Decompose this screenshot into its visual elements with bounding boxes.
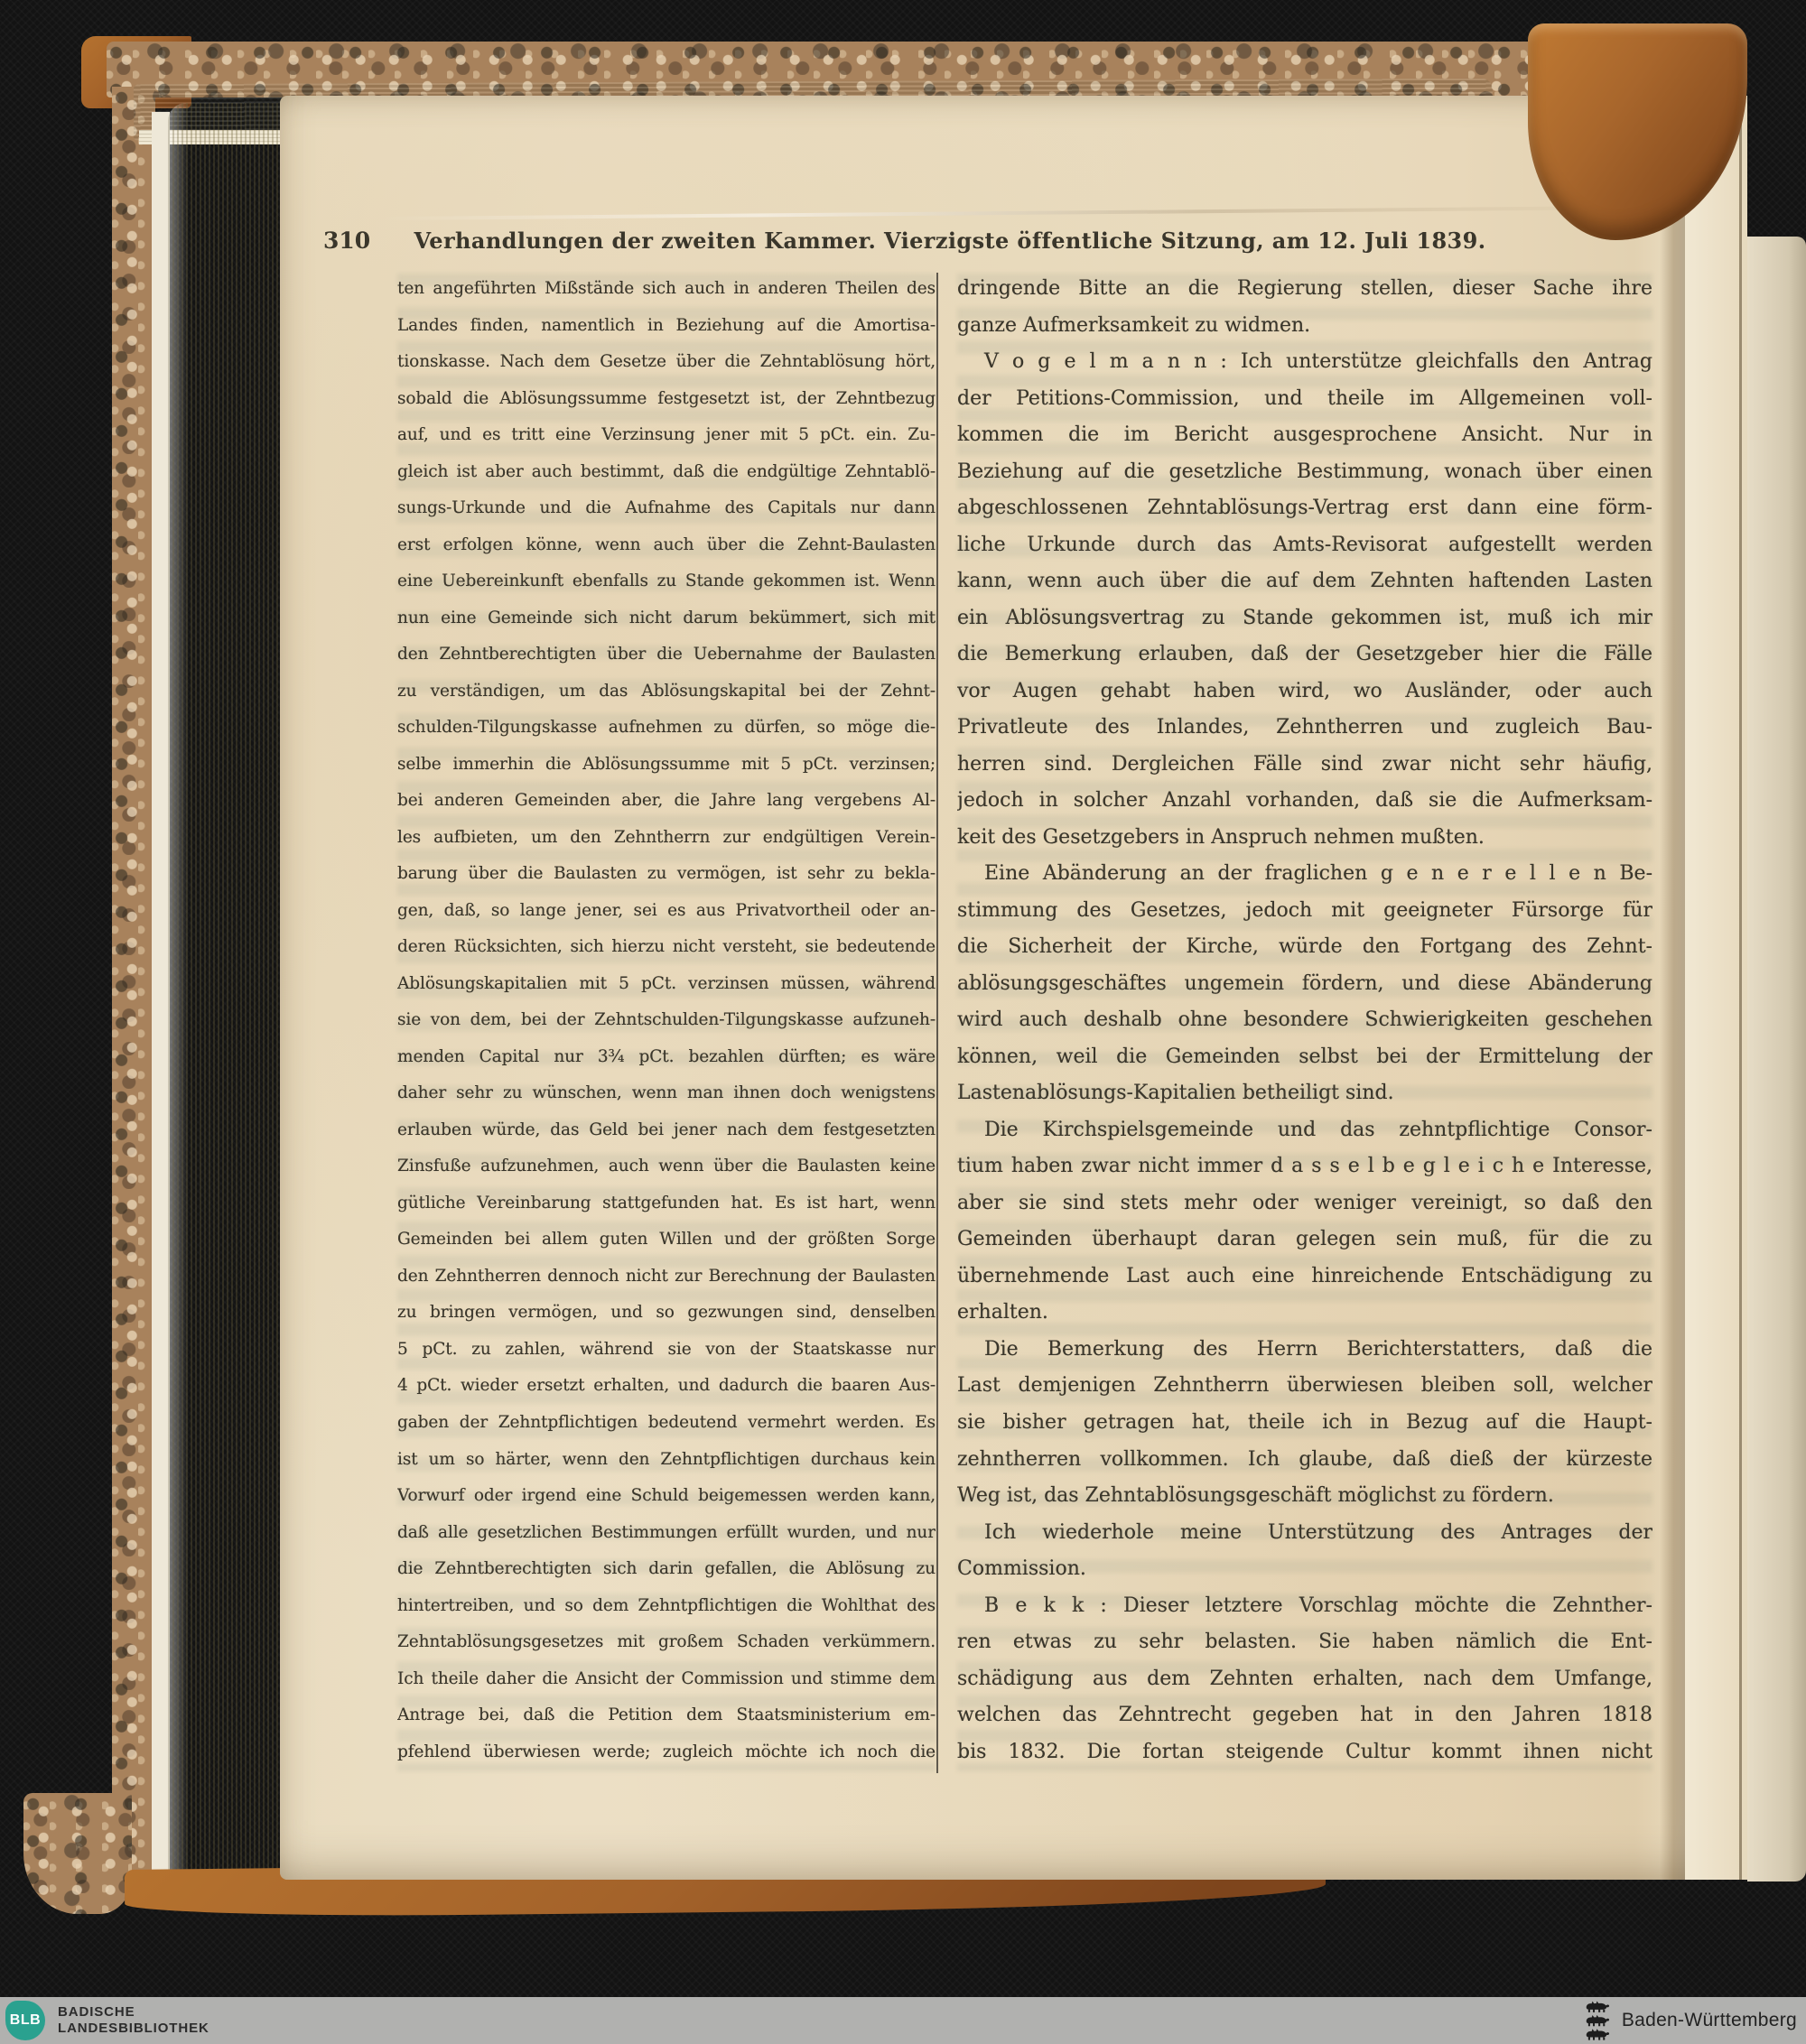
text-line: eine Uebereinkunft ebenfalls zu Stande g…: [397, 563, 936, 600]
text-line: Eine Abänderung an der fraglichen g e n …: [957, 856, 1652, 893]
text-line: erhalten.: [957, 1295, 1652, 1332]
text-line: Ich wiederhole meine Unterstützung des A…: [957, 1515, 1652, 1552]
text-line: Die Bemerkung des Herrn Berichterstatter…: [957, 1332, 1652, 1369]
blb-logo-text: BLB: [10, 2012, 41, 2029]
text-line: den Zehntberechtigten über die Uebernahm…: [397, 636, 936, 674]
book-endpaper-edge: [152, 112, 170, 1887]
text-line: Ich theile daher die Ansicht der Commiss…: [397, 1661, 936, 1698]
running-header: Verhandlungen der zweiten Kammer. Vierzi…: [404, 228, 1496, 254]
text-line: sie bisher getragen hat, theile ich in B…: [957, 1405, 1652, 1442]
library-name-line1: BADISCHE: [58, 2004, 209, 2021]
text-line: liche Urkunde durch das Amts-Revisorat a…: [957, 527, 1652, 564]
page-header: 310 Verhandlungen der zweiten Kammer. Vi…: [280, 228, 1747, 265]
text-line: die Zehntberechtigten sich darin gefalle…: [397, 1551, 936, 1588]
text-line: der Petitions-Commission, und theile im …: [957, 381, 1652, 418]
text-line: hintertreiben, und so dem Zehntpflichtig…: [397, 1588, 936, 1625]
text-line: Weg ist, das Zehntablösungsgeschäft mögl…: [957, 1478, 1652, 1515]
text-line: selbe immerhin die Ablösungssumme mit 5 …: [397, 747, 936, 784]
text-line: Antrage bei, daß die Petition dem Staats…: [397, 1697, 936, 1734]
text-line: kommen die im Bericht ausgesprochene Ans…: [957, 417, 1652, 454]
text-line: ein Ablösungsvertrag zu Stande gekommen …: [957, 600, 1652, 637]
text-line: Gemeinden überhaupt daran gelegen sein m…: [957, 1222, 1652, 1259]
text-line: kann, wenn auch über die auf dem Zehnten…: [957, 563, 1652, 600]
text-line: sobald die Ablösungssumme festgesetzt is…: [397, 381, 936, 418]
text-line: gleich ist aber auch bestimmt, daß die e…: [397, 454, 936, 491]
book-cover-marbled-corner-bottom-left: [23, 1793, 132, 1914]
text-line: menden Capital nur 3¾ pCt. bezahlen dürf…: [397, 1039, 936, 1076]
text-line: 4 pCt. wieder ersetzt erhalten, und dadu…: [397, 1368, 936, 1405]
state-branding: Baden-Württemberg: [1584, 2000, 1797, 2041]
text-line: welchen das Zehntrecht gegeben hat in de…: [957, 1697, 1652, 1734]
column-divider-rule: [936, 273, 938, 1773]
text-line: pfehlend überwiesen werde; zugleich möch…: [397, 1734, 936, 1771]
text-line: B e k k : Dieser letztere Vorschlag möch…: [957, 1588, 1652, 1625]
underlying-page-edge: [1747, 237, 1806, 1881]
text-line: Landes finden, namentlich in Beziehung a…: [397, 308, 936, 345]
book-page-fore-edge: [168, 103, 282, 1883]
text-line: können, weil die Gemeinden selbst bei de…: [957, 1039, 1652, 1076]
text-line: daß alle gesetzlichen Bestimmungen erfül…: [397, 1515, 936, 1552]
text-line: bis 1832. Die fortan steigende Cultur ko…: [957, 1734, 1652, 1771]
library-name-line2: LANDESBIBLIOTHEK: [58, 2021, 209, 2037]
text-line: ren etwas zu sehr belasten. Sie haben nä…: [957, 1624, 1652, 1661]
text-line: vor Augen gehabt haben wird, wo Auslände…: [957, 674, 1652, 711]
text-line: tionskasse. Nach dem Gesetze über die Ze…: [397, 344, 936, 381]
text-line: jedoch in solcher Anzahl vorhanden, daß …: [957, 783, 1652, 820]
text-line: gaben der Zehntpflichtigen bedeutend ver…: [397, 1405, 936, 1442]
text-line: zu bringen vermögen, und so gezwungen si…: [397, 1295, 936, 1332]
text-line: die Bemerkung erlauben, daß der Gesetzge…: [957, 636, 1652, 674]
viewer-footer-bar: BLB BADISCHE LANDESBIBLIOTHEK Baden-Würt…: [0, 1997, 1806, 2044]
text-line: die Sicherheit der Kirche, würde den For…: [957, 929, 1652, 966]
blb-logo-icon: BLB: [5, 2001, 45, 2040]
text-line: übernehmende Last auch eine hinreichende…: [957, 1259, 1652, 1296]
text-line: erlauben würde, das Geld bei jener nach …: [397, 1112, 936, 1149]
text-line: Beziehung auf die gesetzliche Bestimmung…: [957, 454, 1652, 491]
text-line: nun eine Gemeinde sich nicht darum beküm…: [397, 600, 936, 637]
text-line: 5 pCt. zu zahlen, während sie von der St…: [397, 1332, 936, 1369]
next-page-edge: [1685, 96, 1747, 1880]
page-gutter-fold-shadow: [1660, 96, 1685, 1880]
right-text-column: dringende Bitte an die Regierung stellen…: [957, 271, 1652, 1770]
text-line: keit des Gesetzgebers in Anspruch nehmen…: [957, 820, 1652, 857]
text-line: sie von dem, bei der Zehntschulden-Tilgu…: [397, 1002, 936, 1039]
text-line: Zehntablösungsgesetzes mit großem Schade…: [397, 1624, 936, 1661]
next-page-edge-line: [1739, 96, 1742, 1880]
text-line: Zinsfuße aufzunehmen, auch wenn über die…: [397, 1148, 936, 1185]
text-line: stimmung des Gesetzes, jedoch mit geeign…: [957, 893, 1652, 930]
text-line: Last demjenigen Zehntherrn überwiesen bl…: [957, 1368, 1652, 1405]
text-line: herren sind. Dergleichen Fälle sind zwar…: [957, 747, 1652, 784]
page-number: 310: [323, 228, 370, 254]
text-line: tium haben zwar nicht immer d a s s e l …: [957, 1148, 1652, 1185]
book-page: 310 Verhandlungen der zweiten Kammer. Vi…: [280, 96, 1747, 1880]
text-line: gütliche Vereinbarung stattgefunden hat.…: [397, 1185, 936, 1222]
text-line: gen, daß, so lange jener, sei es aus Pri…: [397, 893, 936, 930]
text-line: Gemeinden bei allem guten Willen und der…: [397, 1222, 936, 1259]
text-line: schulden-Tilgungskasse aufnehmen zu dürf…: [397, 710, 936, 747]
text-line: wird auch deshalb ohne besondere Schwier…: [957, 1002, 1652, 1039]
state-name: Baden-Württemberg: [1622, 2010, 1797, 2031]
text-line: sungs-Urkunde und die Aufnahme des Capit…: [397, 490, 936, 527]
library-branding: BLB BADISCHE LANDESBIBLIOTHEK: [5, 2001, 209, 2040]
text-line: dringende Bitte an die Regierung stellen…: [957, 271, 1652, 308]
text-line: Ablösungskapitalien mit 5 pCt. verzinsen…: [397, 966, 936, 1003]
text-line: V o g e l m a n n : Ich unterstütze glei…: [957, 344, 1652, 381]
book-cover-marbled-left-edge: [112, 87, 155, 1896]
text-line: deren Rücksichten, sich hierzu nicht ver…: [397, 929, 936, 966]
text-line: abgeschlossenen Zehntablösungs-Vertrag e…: [957, 490, 1652, 527]
text-line: barung über die Baulasten zu vermögen, i…: [397, 856, 936, 893]
text-line: Lastenablösungs-Kapitalien betheiligt si…: [957, 1075, 1652, 1112]
text-line: ablösungsgeschäftes ungemein fördern, un…: [957, 966, 1652, 1003]
text-line: schädigung aus dem Zehnten erhalten, nac…: [957, 1661, 1652, 1698]
text-line: aber sie sind stets mehr oder weniger ve…: [957, 1185, 1652, 1222]
text-line: zehntherren vollkommen. Ich glaube, daß …: [957, 1442, 1652, 1479]
text-line: daher sehr zu wünschen, wenn man ihnen d…: [397, 1075, 936, 1112]
text-line: zu verständigen, um das Ablösungskapital…: [397, 674, 936, 711]
text-line: ganze Aufmerksamkeit zu widmen.: [957, 308, 1652, 345]
text-line: Privatleute des Inlandes, Zehntherren un…: [957, 710, 1652, 747]
text-line: les aufbieten, um den Zehntherrn zur end…: [397, 820, 936, 857]
text-line: Commission.: [957, 1551, 1652, 1588]
text-line: ist um so härter, wenn den Zehntpflichti…: [397, 1442, 936, 1479]
text-line: Vorwurf oder irgend eine Schuld beigemes…: [397, 1478, 936, 1515]
library-name: BADISCHE LANDESBIBLIOTHEK: [58, 2004, 209, 2037]
left-text-column: ten angeführten Mißstände sich auch in a…: [397, 271, 936, 1770]
text-line: Die Kirchspielsgemeinde und das zehntpfl…: [957, 1112, 1652, 1149]
text-line: auf, und es tritt eine Verzinsung jener …: [397, 417, 936, 454]
text-line: erst erfolgen könne, wenn auch über die …: [397, 527, 936, 564]
text-line: bei anderen Gemeinden aber, die Jahre la…: [397, 783, 936, 820]
baden-wuerttemberg-crest-icon: [1584, 2000, 1611, 2041]
text-line: ten angeführten Mißstände sich auch in a…: [397, 271, 936, 308]
text-line: den Zehntherren dennoch nicht zur Berech…: [397, 1259, 936, 1296]
paper-crease: [379, 206, 1643, 220]
